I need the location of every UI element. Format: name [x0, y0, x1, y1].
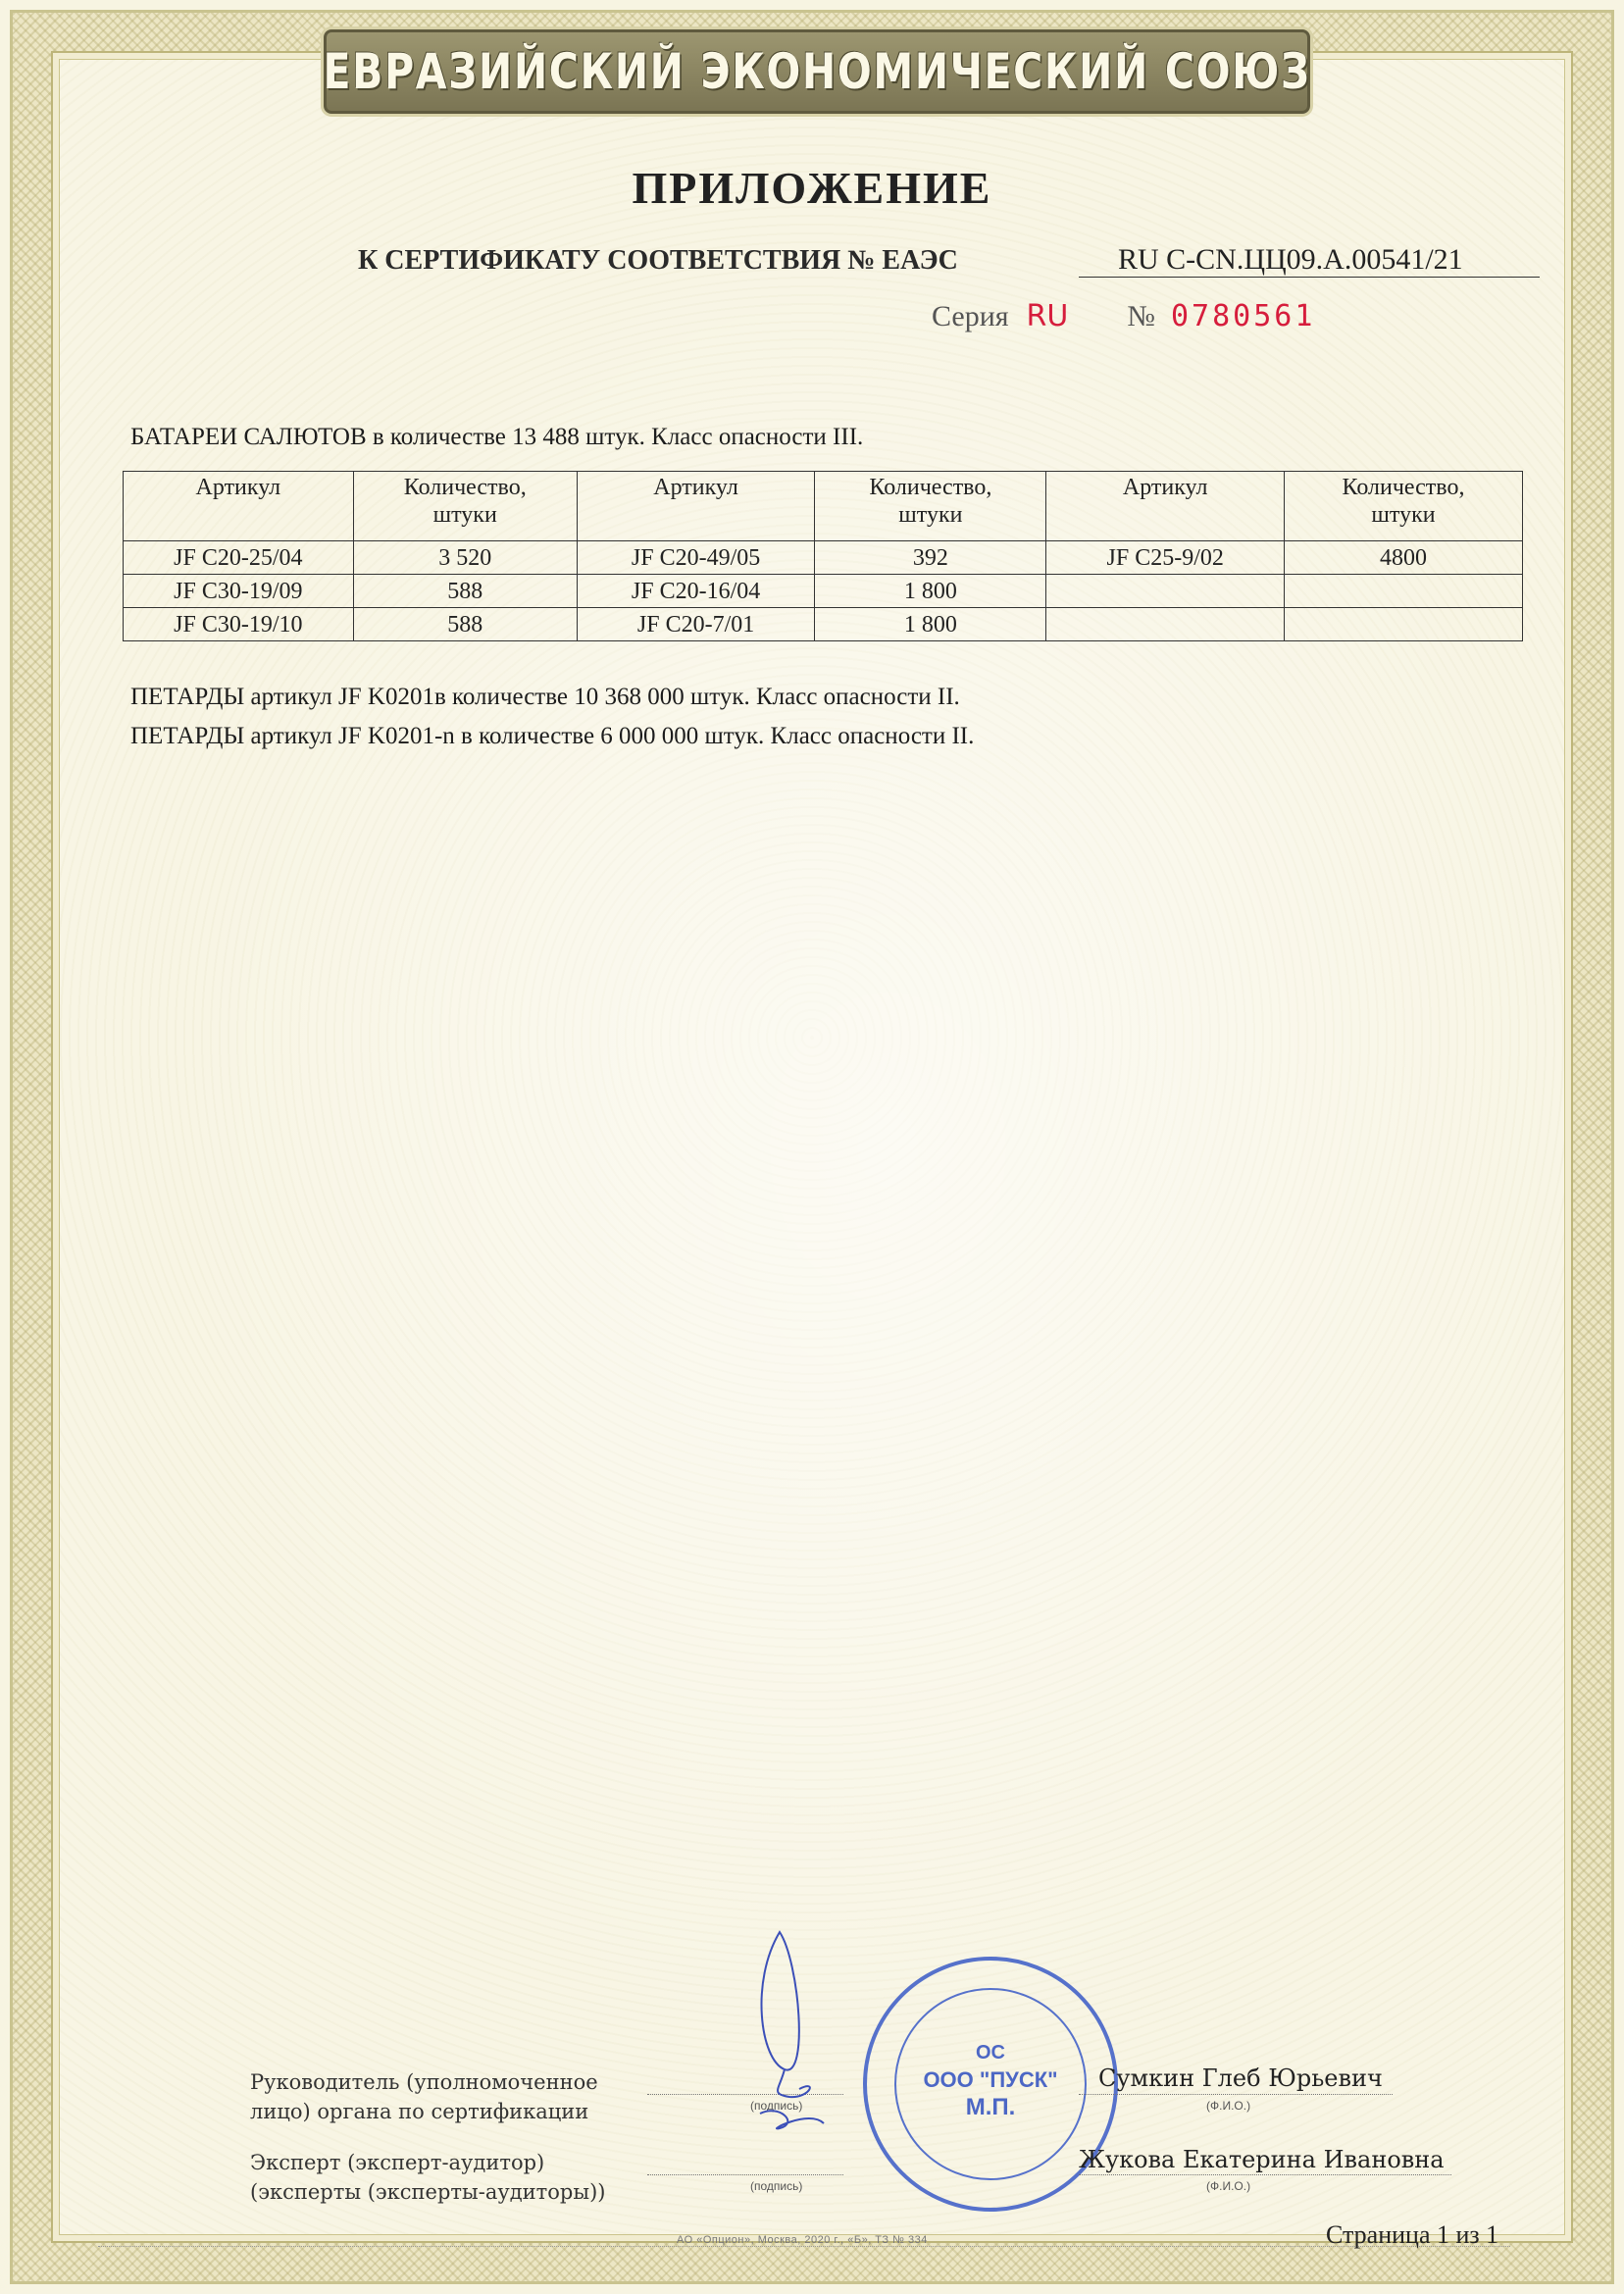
- expert-signature-caption: (подпись): [750, 2179, 802, 2193]
- expert-signature-line: [647, 2174, 843, 2175]
- organization-stamp: ОС ООО "ПУСК" М.П.: [863, 1957, 1118, 2212]
- page-title: ПРИЛОЖЕНИЕ: [0, 162, 1624, 214]
- table-cell: JF C20-49/05: [577, 541, 815, 575]
- table-cell: 3 520: [353, 541, 577, 575]
- header-article-2: Артикул: [577, 472, 815, 541]
- certificate-number: RU C-CN.ЦЦ09.А.00541/21: [1079, 243, 1540, 278]
- head-name: Сумкин Глеб Юрьевич: [1098, 2065, 1383, 2092]
- header-qty-1: Количество,штуки: [353, 472, 577, 541]
- table-header-row: Артикул Количество,штуки Артикул Количес…: [124, 472, 1523, 541]
- banner-text: ЕВРАЗИЙСКИЙ ЭКОНОМИЧЕСКИЙ СОЮЗ: [323, 43, 1310, 100]
- head-name-line: [1079, 2094, 1393, 2095]
- firecrackers-line-2: ПЕТАРДЫ артикул JF K0201-n в количестве …: [130, 723, 974, 750]
- table-cell: 1 800: [815, 575, 1046, 608]
- series-label: Серия: [932, 300, 1009, 333]
- firecrackers-line-1: ПЕТАРДЫ артикул JF K0201в количестве 10 …: [130, 684, 960, 711]
- header-qty-2: Количество,штуки: [815, 472, 1046, 541]
- table-cell: [1285, 608, 1523, 641]
- table-cell: 1 800: [815, 608, 1046, 641]
- series-line: Серия RU № 0780561: [932, 299, 1315, 333]
- table-cell: JF C30-19/10: [124, 608, 354, 641]
- table-cell: JF C20-7/01: [577, 608, 815, 641]
- blank-number: 0780561: [1171, 299, 1315, 333]
- articles-table: Артикул Количество,штуки Артикул Количес…: [123, 471, 1523, 641]
- expert-name: Жукова Екатерина Ивановна: [1079, 2146, 1445, 2173]
- handwritten-signature-icon: [740, 1922, 848, 2148]
- table-cell: 588: [353, 608, 577, 641]
- table-cell: 392: [815, 541, 1046, 575]
- table-cell: JF C30-19/09: [124, 575, 354, 608]
- table-cell: JF C20-16/04: [577, 575, 815, 608]
- header-qty-3: Количество,штуки: [1285, 472, 1523, 541]
- printer-imprint: АО «Опцион», Москва, 2020 г., «Б», ТЗ № …: [677, 2234, 928, 2246]
- table-cell: JF C20-25/04: [124, 541, 354, 575]
- page-number: Страница 1 из 1: [1326, 2220, 1498, 2250]
- header-article-3: Артикул: [1046, 472, 1285, 541]
- stamp-line-1: ОС: [867, 2039, 1114, 2066]
- table-row: JF C30-19/09 588 JF C20-16/04 1 800: [124, 575, 1523, 608]
- stamp-line-2: ООО "ПУСК": [867, 2066, 1114, 2094]
- stamp-line-3: М.П.: [867, 2094, 1114, 2121]
- series-value: RU: [1027, 299, 1069, 333]
- table-cell: [1046, 608, 1285, 641]
- table-cell: [1285, 575, 1523, 608]
- table-row: JF C30-19/10 588 JF C20-7/01 1 800: [124, 608, 1523, 641]
- union-banner: ЕВРАЗИЙСКИЙ ЭКОНОМИЧЕСКИЙ СОЮЗ: [324, 29, 1310, 114]
- expert-fio-caption: (Ф.И.О.): [1206, 2179, 1250, 2193]
- footer-divider: [98, 2246, 1510, 2247]
- table-row: JF C20-25/04 3 520 JF C20-49/05 392 JF C…: [124, 541, 1523, 575]
- table-cell: JF C25-9/02: [1046, 541, 1285, 575]
- expert-name-line: [1079, 2174, 1451, 2175]
- head-fio-caption: (Ф.И.О.): [1206, 2099, 1250, 2113]
- header-article-1: Артикул: [124, 472, 354, 541]
- batteries-line: БАТАРЕИ САЛЮТОВ в количестве 13 488 штук…: [130, 424, 863, 451]
- table-cell: [1046, 575, 1285, 608]
- certificate-label: К СЕРТИФИКАТУ СООТВЕТСТВИЯ № ЕАЭС: [358, 245, 958, 277]
- number-label: №: [1127, 300, 1155, 333]
- expert-label: Эксперт (эксперт-аудитор) (эксперты (экс…: [250, 2148, 605, 2207]
- table-cell: 4800: [1285, 541, 1523, 575]
- table-cell: 588: [353, 575, 577, 608]
- head-label: Руководитель (уполномоченное лицо) орган…: [250, 2067, 598, 2126]
- document-body-area: [51, 51, 1573, 2243]
